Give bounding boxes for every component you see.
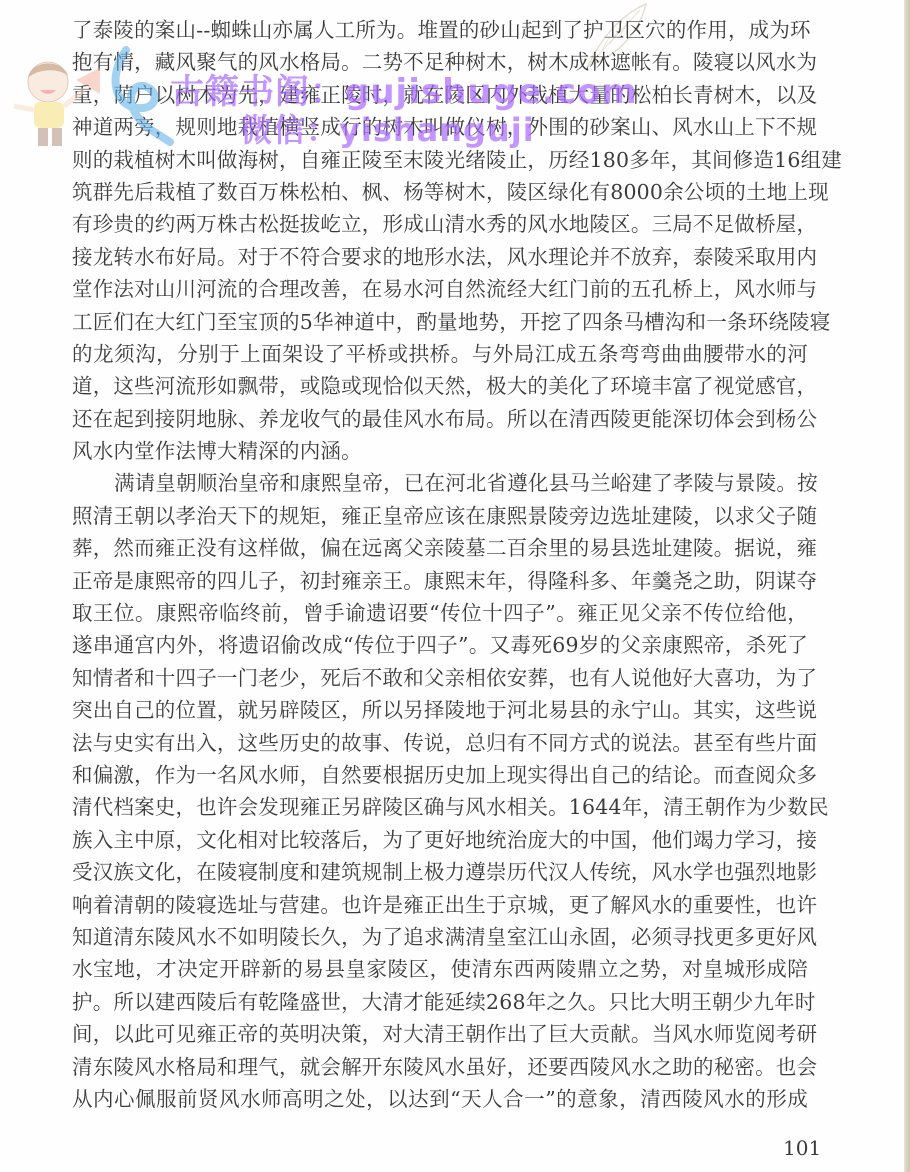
- text-line: 突出自己的位置，就另辟陵区，所以另择陵地于河北易县的永宁山。其实，这些说: [72, 694, 808, 726]
- text-line: 接龙转水布好局。对于不符合要求的地形水法，风水理论并不放弃，泰陵采取用内: [72, 241, 808, 273]
- text-line: 遂串通宫内外，将遗诏偷改成“传位于四子”。又毒死69岁的父亲康熙帝，杀死了: [72, 629, 808, 661]
- text-line: 水宝地，才决定开辟新的易县皇家陵区，使清东西两陵鼎立之势，对皇城形成陪: [72, 953, 808, 985]
- text-line: 还在起到接阴地脉、养龙收气的最佳风水布局。所以在清西陵更能深切体会到杨公: [72, 403, 808, 435]
- text-line: 风水内堂作法博大精深的内涵。: [72, 435, 808, 467]
- text-line: 族入主中原，文化相对比较落后，为了更好地统治庞大的中国，他们竭力学习，接: [72, 824, 808, 856]
- text-line: 响着清朝的陵寝选址与营建。也许是雍正出生于京城，更了解风水的重要性，也许: [72, 889, 808, 921]
- text-line: 工匠们在大红门至宝顶的5华神道中，酌量地势，开挖了四条马槽沟和一条环绕陵寝: [72, 306, 808, 338]
- page-number: 101: [783, 1136, 821, 1160]
- text-line: 取王位。康熙帝临终前，曾手谕遗诏要“传位十四子”。雍正见父亲不传位给他，: [72, 597, 808, 629]
- text-line: 清代档案史，也许会发现雍正另辟陵区确与风水相关。1644年，清王朝作为少数民: [72, 791, 808, 823]
- text-line: 清东陵风水格局和理气，就会解开东陵风水虽好，还要西陵风水之助的秘密。也会: [72, 1051, 808, 1083]
- text-line: 堂作法对山川河流的合理改善，在易水河自然流经大红门前的五孔桥上，风水师与: [72, 273, 808, 305]
- text-line: 葬，然而雍正没有这样做，偏在远离父亲陵墓二百余里的易县选址建陵。据说，雍: [72, 532, 808, 564]
- text-line: 筑群先后栽植了数百万株松柏、枫、杨等树木，陵区绿化有8000余公顷的土地上现: [72, 176, 808, 208]
- text-line: 有珍贵的约两万株古松挺拔屹立，形成山清水秀的风水地陵区。三局不足做桥屋，: [72, 208, 808, 240]
- text-line: 了泰陵的案山--蜘蛛山亦属人工所为。堆置的砂山起到了护卫区穴的作用，成为环: [72, 14, 808, 46]
- text-line: 和偏激，作为一名风水师，自然要根据历史加上现实得出自己的结论。而查阅众多: [72, 759, 808, 791]
- watermark-wechat-text: 微信：yishanguji: [240, 105, 535, 151]
- mascot-watermark-icon: [8, 50, 103, 150]
- text-line: 间，以此可见雍正帝的英明决策，对大清王朝作出了巨大贡献。当风水师览阅考研: [72, 1018, 808, 1050]
- text-line: 道，这些河流形如飘带，或隐或现恰似天然，极大的美化了环境丰富了视觉感官，: [72, 370, 808, 402]
- swirl-watermark-icon: [108, 46, 178, 146]
- text-line: 满请皇朝顺治皇帝和康熙皇帝，已在河北省遵化县马兰峪建了孝陵与景陵。按: [72, 467, 808, 499]
- text-line: 照清王朝以孝治天下的规矩，雍正皇帝应该在康熙景陵旁边选址建陵，以求父子随: [72, 500, 808, 532]
- text-line: 知道清东陵风水不如明陵长久，为了追求满清皇室江山永固，必须寻找更多更好风: [72, 921, 808, 953]
- text-line: 的龙须沟，分别于上面架设了平桥或拱桥。与外局江成五条弯弯曲曲腰带水的河: [72, 338, 808, 370]
- page-edge: [904, 0, 910, 1172]
- text-line: 知情者和十四子一门老少，死后不敢和父亲相依安葬，也有人说他好大喜功，为了: [72, 662, 808, 694]
- text-line: 法与史实有出入，这些历史的故事、传说，总归有不同方式的说法。甚至有些片面: [72, 727, 808, 759]
- text-line: 受汉族文化，在陵寝制度和建筑规制上极力遵崇历代汉人传统，风水学也强烈地影: [72, 856, 808, 888]
- text-line: 从内心佩服前贤风水师高明之处，以达到“天人合一”的意象，清西陵风水的形成: [72, 1083, 808, 1115]
- body-text: 了泰陵的案山--蜘蛛山亦属人工所为。堆置的砂山起到了护卫区穴的作用，成为环 抱有…: [72, 14, 808, 1115]
- text-line: 护。所以建西陵后有乾隆盛世，大清才能延续268年之久。只比大明王朝少九年时: [72, 986, 808, 1018]
- text-line: 正帝是康熙帝的四儿子，初封雍亲王。康熙末年，得隆科多、年羹尧之助，阴谋夺: [72, 565, 808, 597]
